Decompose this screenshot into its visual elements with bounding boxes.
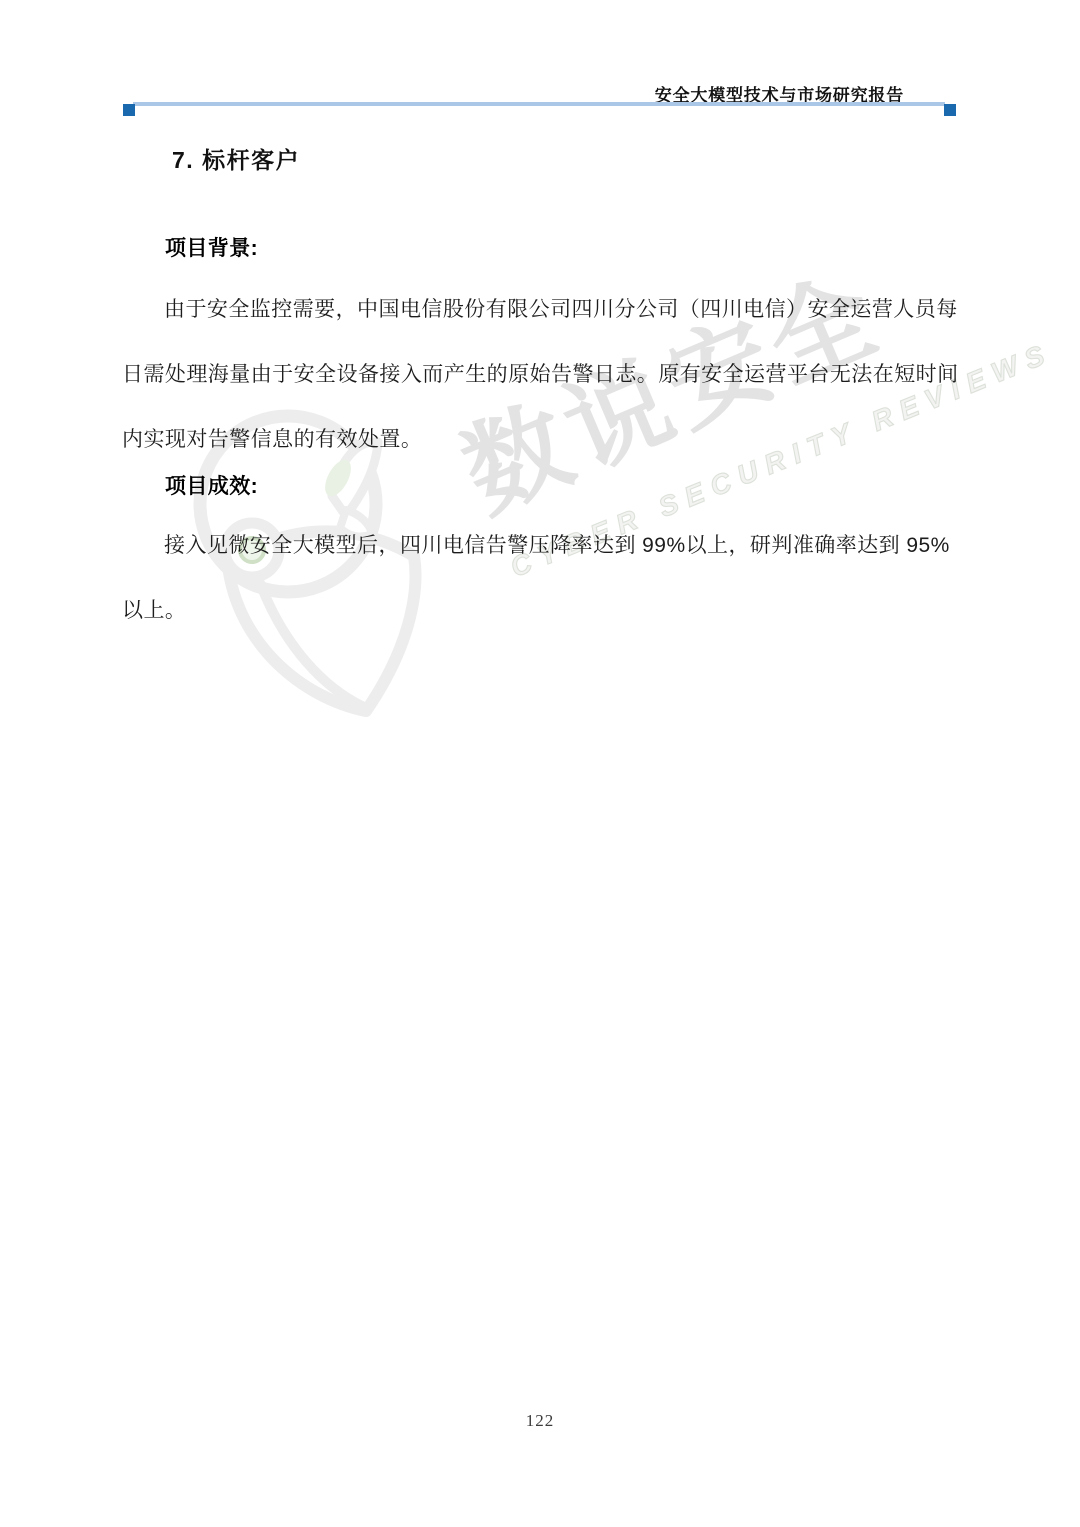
background-paragraph-line: 日需处理海量由于安全设备接入而产生的原始告警日志。原有安全运营平台无法在短时间 (122, 358, 959, 388)
page-number: 122 (0, 1411, 1080, 1431)
header-rule (133, 102, 945, 106)
background-paragraph-line: 由于安全监控需要，中国电信股份有限公司四川分公司（四川电信）安全运营人员每 (164, 293, 958, 323)
header-rule-square-left (123, 104, 135, 116)
effect-paragraph-line: 接入见微安全大模型后，四川电信告警压降率达到 99%以上，研判准确率达到 95% (164, 529, 950, 559)
effect-paragraph-line: 以上。 (122, 594, 186, 624)
project-background-label: 项目背景: (165, 232, 258, 262)
project-effect-label: 项目成效: (165, 470, 258, 500)
section-title: 7. 标杆客户 (172, 142, 300, 175)
page-content: 安全大模型技术与市场研究报告 7. 标杆客户 项目背景: 由于安全监控需要，中国… (0, 0, 1080, 1527)
document-page: 数说安全 CYBER SECURITY REVIEWS 安全大模型技术与市场研究… (0, 0, 1080, 1527)
background-paragraph-line: 内实现对告警信息的有效处置。 (122, 423, 422, 453)
header-rule-square-right (944, 104, 956, 116)
